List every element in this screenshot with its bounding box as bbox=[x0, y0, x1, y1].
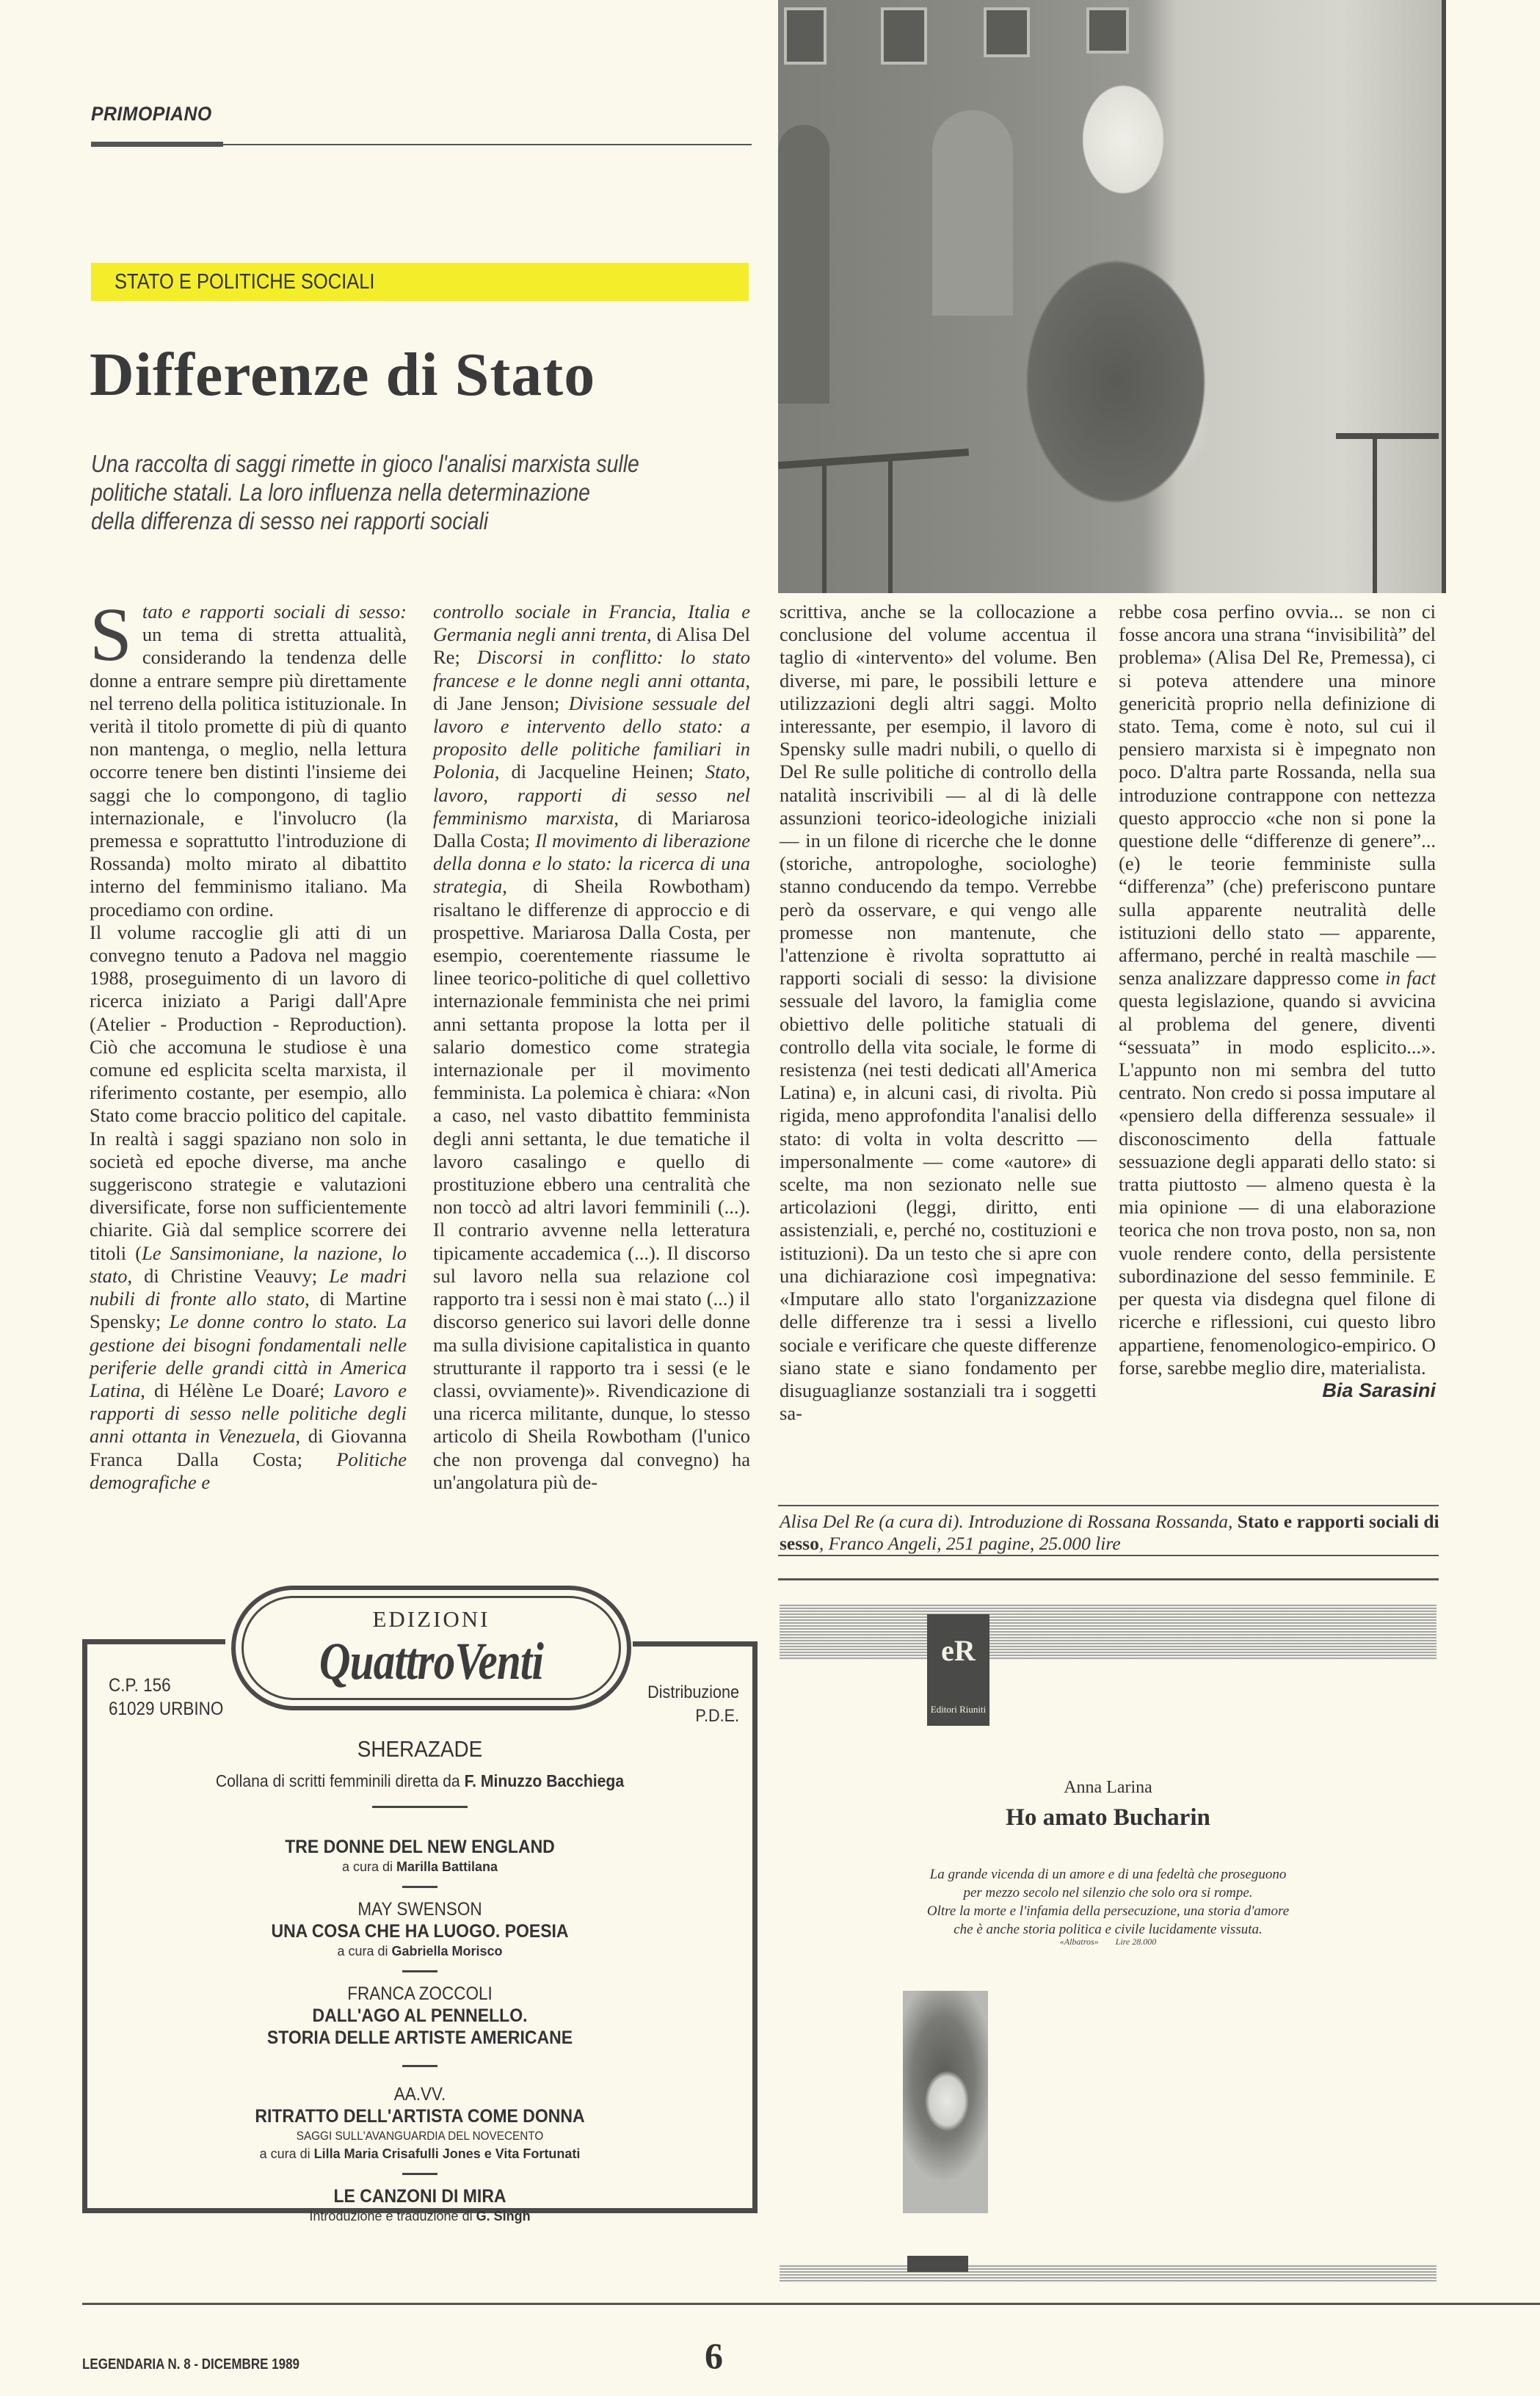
window-shape bbox=[784, 7, 827, 65]
page-number: 6 bbox=[705, 2334, 723, 2377]
book-editor: a cura di Gabriella Morisco bbox=[87, 1942, 752, 1960]
article-column-3: scrittiva, anche se la collocazione a co… bbox=[780, 600, 1097, 1425]
series-name: SHERAZADE bbox=[120, 1736, 719, 1762]
ad-frame-top-left bbox=[82, 1639, 225, 1644]
essay-author: Hélène Le Doaré bbox=[178, 1379, 319, 1401]
standfirst: Una raccolta di saggi rimette in gioco l… bbox=[91, 449, 647, 535]
publisher-monogram-icon: eR bbox=[927, 1633, 989, 1668]
divider bbox=[402, 1970, 437, 1972]
book-blurb: La grande vicenda di un amore e di una f… bbox=[780, 1865, 1437, 1939]
article-column-4: rebbe cosa perfino ovvia... se non ci fo… bbox=[1119, 600, 1436, 1402]
book-series: «Albatros» bbox=[1060, 1936, 1099, 1947]
railing-shape bbox=[778, 449, 969, 469]
book-entry: FRANCA ZOCCOLI DALL'AGO AL PENNELLO. STO… bbox=[87, 1983, 752, 2049]
address-line: 61029 URBINO bbox=[109, 1697, 223, 1721]
citation-editor: Alisa Del Re (a cura di). Introduzione d… bbox=[780, 1511, 1232, 1532]
book-author: Anna Larina bbox=[780, 1778, 1437, 1798]
book-editor: Introduzione e traduzione di G. Singh bbox=[87, 2207, 752, 2225]
essay-title: Discorsi in conflitto: lo stato francese… bbox=[433, 646, 750, 691]
book-title: UNA COSA CHE HA LUOGO. POESIA bbox=[114, 1920, 726, 1942]
book-title: DALL'AGO AL PENNELLO. bbox=[114, 2005, 726, 2027]
book-title: LE CANZONI DI MIRA bbox=[114, 2185, 726, 2207]
painting-image bbox=[778, 0, 1446, 593]
issue-info: LEGENDARIA N. 8 - DICEMBRE 1989 bbox=[82, 2356, 299, 2373]
book-editor: a cura di Lilla Maria Crisafulli Jones e… bbox=[87, 2145, 752, 2163]
railing-shape bbox=[822, 462, 827, 593]
section-divider bbox=[778, 1578, 1439, 1580]
distribution-info: Distribuzione P.D.E. bbox=[644, 1681, 740, 1728]
book-title: STORIA DELLE ARTISTE AMERICANE bbox=[114, 2027, 726, 2049]
logo-block-bottom bbox=[907, 2256, 968, 2272]
address-line: C.P. 156 bbox=[109, 1674, 223, 1697]
distribution-line: Distribuzione bbox=[644, 1681, 740, 1705]
paragraph-text: Il volume raccoglie gli atti di un conve… bbox=[90, 921, 407, 1264]
section-label: PRIMOPIANO bbox=[91, 103, 212, 126]
author-portrait-photo bbox=[903, 1991, 988, 2213]
citation-rule-top bbox=[778, 1505, 1439, 1506]
author-byline: Bia Sarasini bbox=[1322, 1379, 1436, 1402]
divider bbox=[402, 2065, 437, 2067]
paragraph-text: un tema di stretta attualità, consideran… bbox=[90, 623, 407, 920]
footer-rule bbox=[82, 2303, 1540, 2305]
drop-cap: S bbox=[90, 603, 132, 667]
window-shape bbox=[1086, 7, 1129, 54]
logo-edizioni: EDIZIONI bbox=[236, 1606, 627, 1633]
essay-author: Christine Veauvy bbox=[171, 1265, 312, 1287]
book-subtitle: SAGGI SULL'AVANGUARDIA DEL NOVECENTO bbox=[120, 2127, 719, 2145]
essay-author: Jacqueline Heinen bbox=[538, 760, 688, 783]
header-rule bbox=[91, 144, 752, 145]
book-entry: LE CANZONI DI MIRA Introduzione e traduz… bbox=[87, 2185, 752, 2225]
divider bbox=[402, 2173, 437, 2175]
quattroventi-logo: EDIZIONI QuattroVenti bbox=[231, 1586, 631, 1710]
paragraph-text: ) risaltano le differenze di approccio e… bbox=[433, 875, 750, 1492]
book-title: Ho amato Bucharin bbox=[780, 1804, 1437, 1832]
book-title: TRE DONNE DEL NEW ENGLAND bbox=[114, 1836, 726, 1858]
essay-author: Jane Jenson bbox=[457, 692, 554, 714]
book-title: RITRATTO DELL'ARTISTA COME DONNA bbox=[114, 2105, 726, 2127]
arch-shape bbox=[778, 125, 829, 404]
citation-details: , Franco Angeli, 251 pagine, 25.000 lire bbox=[819, 1533, 1121, 1554]
book-entry: MAY SWENSON UNA COSA CHE HA LUOGO. POESI… bbox=[87, 1898, 752, 1960]
railing-shape bbox=[888, 459, 893, 593]
window-shape bbox=[881, 7, 927, 65]
book-editor: a cura di Marilla Battilana bbox=[87, 1858, 752, 1876]
paragraph-text: rebbe cosa perfino ovvia... se non ci fo… bbox=[1119, 600, 1436, 989]
lead-italic: tato e rapporti sociali di sesso: bbox=[142, 600, 407, 622]
book-citation: Alisa Del Re (a cura di). Introduzione d… bbox=[780, 1511, 1440, 1555]
paragraph-text: questa legislazione, quando si avvicina … bbox=[1119, 990, 1436, 1378]
citation-rule-bottom bbox=[778, 1555, 1439, 1556]
divider bbox=[372, 1806, 468, 1808]
standfirst-line: della differenza di sesso nei rapporti s… bbox=[91, 507, 647, 535]
publisher-name: Editori Riuniti bbox=[927, 1704, 989, 1716]
decorative-stripe-bottom bbox=[780, 2264, 1437, 2283]
article-column-1: Stato e rapporti sociali di sesso: un te… bbox=[90, 600, 407, 1494]
quattroventi-book-list: SHERAZADE Collana di scritti femminili d… bbox=[87, 1736, 752, 2225]
publisher-address: C.P. 156 61029 URBINO bbox=[109, 1674, 223, 1721]
emphasis-text: in fact bbox=[1385, 967, 1436, 989]
book-entry: TRE DONNE DEL NEW ENGLAND a cura di Mari… bbox=[87, 1836, 752, 1876]
article-title: Differenze di Stato bbox=[90, 339, 595, 410]
railing-shape bbox=[1373, 433, 1377, 593]
kicker-label: STATO E POLITICHE SOCIALI bbox=[115, 270, 375, 294]
standfirst-line: Una raccolta di saggi rimette in gioco l… bbox=[91, 449, 647, 478]
distribution-line: P.D.E. bbox=[644, 1705, 740, 1728]
book-author: AA.VV. bbox=[120, 2083, 719, 2105]
editori-riuniti-logo: eR Editori Riuniti bbox=[927, 1614, 989, 1726]
window-shape bbox=[984, 7, 1030, 57]
book-author: MAY SWENSON bbox=[120, 1898, 719, 1920]
divider bbox=[402, 1886, 437, 1888]
book-price-line: «Albatros» Lire 28.000 bbox=[780, 1936, 1437, 1947]
book-author: FRANCA ZOCCOLI bbox=[120, 1983, 719, 2005]
blurb-line: per mezzo secolo nel silenzio che solo o… bbox=[780, 1884, 1437, 1902]
decorative-stripe-top bbox=[780, 1603, 1437, 1660]
paragraph-text: scrittiva, anche se la collocazione a co… bbox=[780, 600, 1097, 1425]
essay-author: Sheila Rowbotham bbox=[574, 875, 744, 897]
blurb-line: Oltre la morte e l'infamia della persecu… bbox=[780, 1902, 1437, 1920]
standfirst-line: politiche statali. La loro influenza nel… bbox=[91, 478, 647, 507]
blurb-line: La grande vicenda di un amore e di una f… bbox=[780, 1865, 1437, 1884]
arch-shape bbox=[932, 110, 1013, 316]
kicker-band: STATO E POLITICHE SOCIALI bbox=[91, 263, 749, 301]
article-column-2: controllo sociale in Francia, Italia e G… bbox=[433, 600, 750, 1494]
book-price: Lire 28.000 bbox=[1116, 1936, 1157, 1947]
series-description: Collana di scritti femminili diretta da … bbox=[114, 1771, 726, 1791]
logo-brand: QuattroVenti bbox=[271, 1631, 592, 1692]
railing-shape bbox=[1336, 433, 1439, 439]
book-entry: AA.VV. RITRATTO DELL'ARTISTA COME DONNA … bbox=[87, 2083, 752, 2163]
